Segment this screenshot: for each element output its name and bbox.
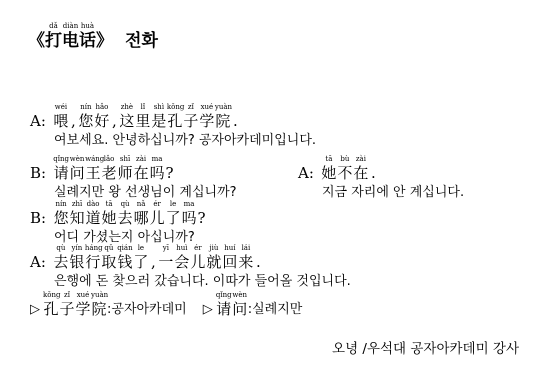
hanzi-char: 请 [53,164,69,183]
pinyin-annotation: huì [174,244,190,253]
hanzi-char: 儿 [149,209,165,228]
vocabulary-notes: ▷kǒng孔zǐ子xué学yuàn院:공자아카데미▷qǐng请wèn问:실례지만 [30,291,318,319]
pinyin-annotation: ma [181,200,197,209]
pinyin-annotation [369,155,378,164]
punctuation-segment: ? [197,200,206,228]
pinyin-annotation: qǐng [216,291,232,300]
speaker-label: A: [30,112,46,131]
vocab-korean-gloss: :실례지만 [248,301,303,319]
pinyin-annotation: wèn [69,155,85,164]
pinyin-annotation: le [133,244,149,253]
dialogue-line-b2: B:nín您zhī知dào道tā她qù去nǎ哪ér儿le了ma吗?어디 가셨는지… [30,200,206,246]
pinyin-annotation: lǐ [135,103,151,112]
hanzi-segment: zài在 [353,155,369,183]
punctuation-segment: . [369,155,378,183]
hanzi-segment: ma吗 [149,155,165,183]
hanzi-char: 子 [59,300,75,319]
dialogue-line-a-reply: A:tā她bù不zài在.지금 자리에 안 계십니다. [298,155,464,201]
hanzi-segment: yín银 [69,244,85,272]
hanzi-char: 话 [79,31,96,52]
pinyin-annotation: ér [149,200,165,209]
hanzi-char: 一 [158,253,174,272]
hanzi-char: 在 [133,164,149,183]
hanzi-char: 去 [53,253,69,272]
hanzi-segment: nín您 [78,103,94,131]
hanzi-char: 您 [53,209,69,228]
korean-translation: 실례지만 왕 선생님이 계십니까? [54,184,237,201]
hanzi-segment: xué学 [75,291,91,319]
hanzi-char: 师 [117,164,133,183]
speaker-label: A: [298,164,314,183]
hanzi-char: 会 [174,253,190,272]
vocab-chinese: qǐng请wèn问 [216,291,248,319]
pinyin-annotation: nín [53,200,69,209]
chinese-sentence: nín您zhī知dào道tā她qù去nǎ哪ér儿le了ma吗? [53,200,206,228]
dialogue-line-b1: B:qǐng请wèn问wáng王lǎo老shī师zài在ma吗?실례지만 왕 선… [30,155,237,201]
chinese-sentence: tā她bù不zài在. [321,155,378,183]
vocab-chinese: kǒng孔zǐ子xué学yuàn院 [43,291,107,319]
pinyin-annotation: qù [53,244,69,253]
pinyin-annotation: zǐ [183,103,199,112]
pinyin-annotation: xué [199,103,215,112]
hanzi-char: , [69,112,78,131]
dialogue-line-a2: A:qù去yín银háng行qǔ取qián钱le了,yī一huì会ér儿jiù就… [30,244,351,290]
hanzi-segment: zhī知 [69,200,85,228]
hanzi-segment: qù去 [117,200,133,228]
pinyin-annotation [69,103,78,112]
hanzi-char: 好 [94,112,110,131]
hanzi-segment: zhè这 [119,103,135,131]
hanzi-segment: lǎo老 [101,155,117,183]
vocab-item: ▷kǒng孔zǐ子xué学yuàn院:공자아카데미 [30,291,187,319]
hanzi-char: 不 [337,164,353,183]
hanzi-char: 问 [232,300,248,319]
hanzi-segment: qián钱 [117,244,133,272]
hanzi-char: 钱 [117,253,133,272]
pinyin-annotation: wèn [232,291,248,300]
hanzi-char: 王 [85,164,101,183]
hanzi-char: . [369,164,378,183]
author-credit: 오녕 /우석대 공자아카데미 강사 [332,337,519,357]
pinyin-annotation: dào [85,200,101,209]
pinyin-annotation: le [165,200,181,209]
triangle-marker: ▷ [30,300,40,319]
hanzi-segment: ér儿 [149,200,165,228]
pinyin-annotation: zǐ [59,291,75,300]
hanzi-char: 来 [238,253,254,272]
pinyin-annotation: yuàn [215,103,231,112]
pinyin-annotation [110,103,119,112]
hanzi-char: 孔 [43,300,59,319]
hanzi-segment: diàn电 [62,22,79,52]
pinyin-annotation [28,22,45,31]
hanzi-char: , [110,112,119,131]
speaker-label: B: [30,164,46,183]
hanzi-char: 回 [222,253,238,272]
korean-translation: 여보세요. 안녕하십니까? 공자아카데미입니다. [54,132,316,149]
title-chinese: 《dǎ打diàn电huà话》 [28,22,113,52]
pinyin-annotation [254,244,263,253]
hanzi-segment: yī一 [158,244,174,272]
hanzi-segment: wáng王 [85,155,101,183]
pinyin-annotation [165,155,174,164]
hanzi-segment: tā她 [321,155,337,183]
pinyin-annotation [197,200,206,209]
pinyin-annotation: zhī [69,200,85,209]
hanzi-char: , [149,253,158,272]
pinyin-annotation [231,103,240,112]
punctuation-segment: . [254,244,263,272]
lesson-slide: 《dǎ打diàn电huà话》 전화 A:wéi喂,nín您hǎo好,zhè这lǐ… [0,0,540,383]
hanzi-segment: wéi喂 [53,103,69,131]
korean-translation: 지금 자리에 안 계십니다. [322,184,464,201]
pinyin-annotation: tā [101,200,117,209]
title-korean: 전화 [125,31,158,52]
pinyin-annotation: yuàn [91,291,107,300]
hanzi-char: 取 [101,253,117,272]
pinyin-annotation: tā [321,155,337,164]
hanzi-segment: qù去 [53,244,69,272]
lesson-title: 《dǎ打diàn电huà话》 전화 [28,22,158,52]
korean-translation: 은행에 돈 찾으러 갔습니다. 이따가 들어올 것입니다. [54,273,351,290]
hanzi-char: 在 [353,164,369,183]
hanzi-char: 学 [75,300,91,319]
pinyin-annotation: huà [79,22,96,31]
hanzi-segment: yuàn院 [215,103,231,131]
hanzi-segment: huí回 [222,244,238,272]
hanzi-segment: le了 [165,200,181,228]
hanzi-segment: zǐ子 [183,103,199,131]
hanzi-char: 子 [183,112,199,131]
hanzi-char: . [254,253,263,272]
hanzi-segment: huà话 [79,22,96,52]
hanzi-segment: le了 [133,244,149,272]
hanzi-char: 就 [206,253,222,272]
hanzi-char: 知 [69,209,85,228]
pinyin-annotation [149,244,158,253]
pinyin-annotation: xué [75,291,91,300]
hanzi-segment: hǎo好 [94,103,110,131]
hanzi-segment: 》 [96,22,113,52]
pinyin-annotation: kǒng [167,103,183,112]
pinyin-annotation: shì [151,103,167,112]
hanzi-char: 喂 [53,112,69,131]
pinyin-annotation: ma [149,155,165,164]
hanzi-segment: shì是 [151,103,167,131]
hanzi-char: ? [165,164,174,183]
hanzi-char: 她 [101,209,117,228]
hanzi-char: 电 [62,31,79,52]
hanzi-char: 了 [133,253,149,272]
hanzi-char: 去 [117,209,133,228]
pinyin-annotation: qù [117,200,133,209]
hanzi-segment: bù不 [337,155,353,183]
pinyin-annotation: lái [238,244,254,253]
hanzi-segment: dǎ打 [45,22,62,52]
pinyin-annotation: yín [69,244,85,253]
pinyin-annotation [96,22,113,31]
punctuation-segment: , [110,103,119,131]
hanzi-segment: qǔ取 [101,244,117,272]
chinese-sentence: wéi喂,nín您hǎo好,zhè这lǐ里shì是kǒng孔zǐ子xué学yuà… [53,103,240,131]
hanzi-segment: shī师 [117,155,133,183]
hanzi-segment: jiù就 [206,244,222,272]
hanzi-segment: tā她 [101,200,117,228]
speaker-label: A: [30,253,46,272]
pinyin-annotation: kǒng [43,291,59,300]
pinyin-annotation: shī [117,155,133,164]
hanzi-segment: háng行 [85,244,101,272]
hanzi-char: 老 [101,164,117,183]
hanzi-segment: xué学 [199,103,215,131]
dialogue-line-a1: A:wéi喂,nín您hǎo好,zhè这lǐ里shì是kǒng孔zǐ子xué学y… [30,103,316,149]
pinyin-annotation: yī [158,244,174,253]
hanzi-segment: ér儿 [190,244,206,272]
pinyin-annotation: ér [190,244,206,253]
hanzi-segment: wèn问 [69,155,85,183]
hanzi-segment: yuàn院 [91,291,107,319]
vocab-item: ▷qǐng请wèn问:실례지만 [203,291,303,319]
hanzi-char: 《 [28,31,45,52]
pinyin-annotation: zhè [119,103,135,112]
chinese-sentence: qǐng请wèn问wáng王lǎo老shī师zài在ma吗? [53,155,174,183]
hanzi-char: 学 [199,112,215,131]
pinyin-annotation: qǔ [101,244,117,253]
hanzi-char: 您 [78,112,94,131]
hanzi-segment: lǐ里 [135,103,151,131]
hanzi-segment: nín您 [53,200,69,228]
punctuation-segment: , [149,244,158,272]
triangle-marker: ▷ [203,300,213,319]
hanzi-segment: dào道 [85,200,101,228]
pinyin-annotation: bù [337,155,353,164]
hanzi-char: 行 [85,253,101,272]
pinyin-annotation: hǎo [94,103,110,112]
hanzi-char: 儿 [190,253,206,272]
hanzi-char: 道 [85,209,101,228]
speaker-label: B: [30,209,46,228]
hanzi-segment: kǒng孔 [167,103,183,131]
punctuation-segment: . [231,103,240,131]
pinyin-annotation: nín [78,103,94,112]
hanzi-char: 打 [45,31,62,52]
hanzi-segment: kǒng孔 [43,291,59,319]
hanzi-char: 孔 [167,112,183,131]
hanzi-char: 院 [215,112,231,131]
hanzi-char: 是 [151,112,167,131]
chinese-sentence: qù去yín银háng行qǔ取qián钱le了,yī一huì会ér儿jiù就hu… [53,244,263,272]
hanzi-segment: 《 [28,22,45,52]
pinyin-annotation: diàn [62,22,79,31]
hanzi-char: 院 [91,300,107,319]
hanzi-char: 问 [69,164,85,183]
hanzi-char: ? [197,209,206,228]
punctuation-segment: , [69,103,78,131]
pinyin-annotation: qǐng [53,155,69,164]
hanzi-char: 哪 [133,209,149,228]
pinyin-annotation: jiù [206,244,222,253]
punctuation-segment: ? [165,155,174,183]
pinyin-annotation: lǎo [101,155,117,164]
pinyin-annotation: zài [133,155,149,164]
pinyin-annotation: huí [222,244,238,253]
pinyin-annotation: nǎ [133,200,149,209]
hanzi-char: . [231,112,240,131]
pinyin-annotation: qián [117,244,133,253]
hanzi-segment: ma吗 [181,200,197,228]
hanzi-char: 吗 [181,209,197,228]
hanzi-segment: zài在 [133,155,149,183]
pinyin-annotation: háng [85,244,101,253]
vocab-korean-gloss: :공자아카데미 [107,301,187,319]
hanzi-char: 吗 [149,164,165,183]
pinyin-annotation: wéi [53,103,69,112]
hanzi-char: 了 [165,209,181,228]
hanzi-segment: huì会 [174,244,190,272]
hanzi-segment: wèn问 [232,291,248,319]
pinyin-annotation: dǎ [45,22,62,31]
hanzi-char: 里 [135,112,151,131]
hanzi-segment: qǐng请 [53,155,69,183]
hanzi-segment: lái来 [238,244,254,272]
hanzi-char: 银 [69,253,85,272]
hanzi-char: 请 [216,300,232,319]
hanzi-char: 》 [96,31,113,52]
hanzi-segment: zǐ子 [59,291,75,319]
hanzi-char: 她 [321,164,337,183]
hanzi-segment: qǐng请 [216,291,232,319]
hanzi-char: 这 [119,112,135,131]
pinyin-annotation: wáng [85,155,101,164]
pinyin-annotation: zài [353,155,369,164]
hanzi-segment: nǎ哪 [133,200,149,228]
